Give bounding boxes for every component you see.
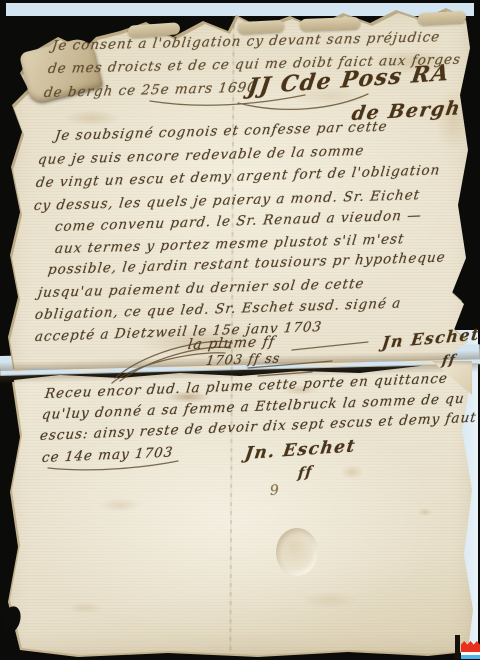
factory-mill-icon: [461, 641, 480, 659]
logo-chimney: [455, 635, 460, 659]
plume-note-date: 1703 ff ss: [205, 351, 281, 369]
logo-stripe-blue: [461, 655, 480, 659]
factory-watermark-logo: [453, 635, 480, 660]
torn-edge-fold: [300, 17, 360, 31]
signature-paraph: ff: [441, 352, 457, 369]
scanned-manuscript: Je consent a l'obligation cy devant sans…: [0, 0, 480, 660]
embossed-seal-mark: [276, 528, 318, 576]
torn-edge-fold: [418, 11, 467, 25]
plume-note: la plume ff: [187, 334, 276, 353]
logo-sawtooth-roof: [461, 641, 480, 649]
stray-mark: 9: [269, 482, 280, 499]
signature-paraph: ff: [297, 464, 314, 482]
